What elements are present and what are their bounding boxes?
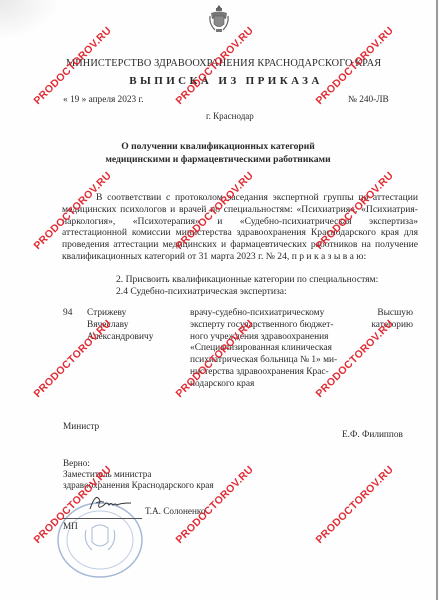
minister-title: Министр <box>63 422 99 432</box>
stamp-label: МП <box>63 521 78 531</box>
clause-2-4: 2.4 Судебно-психиатрическая экспертиза: <box>116 286 287 297</box>
position-line: эксперту государственного бюджет- <box>190 320 345 332</box>
category-line: Высшую <box>355 308 413 320</box>
clause-2: 2. Присвоить квалификационные категории … <box>116 274 378 285</box>
watermark: PRODOCTOROV.RU <box>32 318 114 400</box>
certified-label: Верно: <box>63 458 214 469</box>
order-city: г. Краснодар <box>206 111 254 121</box>
watermark: PRODOCTOROV.RU <box>314 464 396 546</box>
minister-name: Е.Ф. Филиппов <box>342 430 403 440</box>
handwritten-signature-icon <box>86 489 136 515</box>
document-page: МИНИСТЕРСТВО ЗДРАВООХРАНЕНИЯ КРАСНОДАРСК… <box>0 0 438 600</box>
position-line: ного учреждения здравоохранения <box>190 332 345 344</box>
entry-number: 94 <box>63 308 72 318</box>
surname: Стрижеву <box>87 308 153 320</box>
subject-line-2: медицинскими и фармацевтическими работни… <box>0 153 436 166</box>
scan-shadow <box>0 0 60 40</box>
entry-position: врачу-судебно-психиатрическому эксперту … <box>190 308 345 391</box>
order-number: № 240-ЛВ <box>348 95 389 105</box>
deputy-title: Заместитель министра <box>63 469 214 480</box>
coat-of-arms-icon <box>208 4 230 34</box>
position-line: врачу-судебно-психиатрическому <box>190 308 345 320</box>
signature-line <box>62 518 142 519</box>
order-subject: О получении квалификационных категорий м… <box>0 140 436 166</box>
order-date: « 19 » апреля 2023 г. <box>63 95 144 105</box>
position-line: нистерства здравоохранения Крас- <box>190 367 345 379</box>
subject-line-1: О получении квалификационных категорий <box>0 140 436 153</box>
